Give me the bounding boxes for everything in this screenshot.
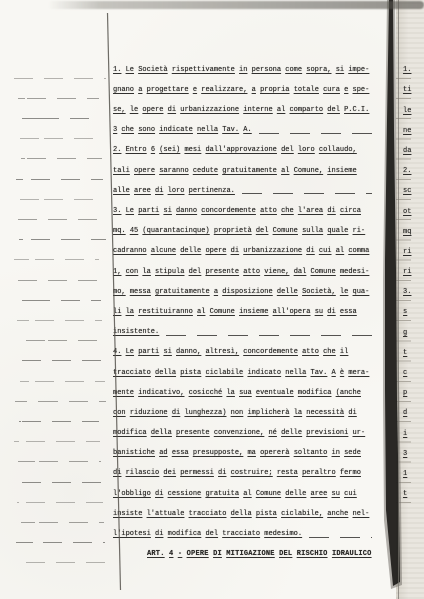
margin-dash-line (15, 219, 105, 220)
typewritten-text: 3. Le parti si danno concordemente atto … (113, 207, 361, 216)
line-filler-dashes (242, 193, 372, 194)
margin-dash-line (22, 482, 102, 483)
typewritten-text: banistiche ad essa presupposte, ma opere… (113, 449, 361, 458)
margin-dash-line (17, 138, 101, 139)
typewritten-text: di rilascio dei permessi di costruire; r… (113, 469, 361, 478)
margin-dash-line (15, 401, 106, 402)
typewritten-text: mente indicativo, cosicché la sua eventu… (113, 389, 361, 398)
typewritten-text: modifica della presente convenzione, né … (113, 429, 365, 438)
edge-text-fragment: ot (403, 199, 423, 219)
edge-text-fragment: t (403, 341, 423, 361)
next-page-edge-strip: 1.tileneda2.scotmqriri3.sgtcpdi31t (396, 0, 424, 599)
typewritten-text: alle aree di loro pertinenza. (113, 187, 235, 196)
text-line: banistiche ad essa presupposte, ma opere… (113, 442, 374, 462)
margin-dash-line (22, 118, 100, 119)
typewritten-text: gnano a progettare e realizzare, a propr… (113, 86, 369, 95)
edge-text-fragment: ne (403, 119, 423, 139)
margin-dash-line (14, 259, 99, 260)
typewritten-text: li la restituiranno al Comune insieme al… (113, 308, 357, 317)
margin-dash-line (16, 179, 103, 180)
margin-dash-line (18, 280, 100, 281)
margin-dash-line (19, 239, 106, 240)
edge-text-fragment: 2. (403, 159, 423, 179)
typewritten-text: insistente. (113, 328, 159, 337)
edge-text-fragment: i (403, 421, 423, 441)
typewritten-text: 4. Le parti si danno, altresì, concordem… (113, 348, 348, 357)
margin-dash-line (20, 199, 104, 200)
typewritten-text: 2. Entro 6 (sei) mesi dall'approvazione … (113, 146, 357, 155)
margin-dash-line (21, 340, 103, 341)
edge-text-fragment: 3 (403, 442, 423, 462)
margin-dash-line (18, 461, 101, 462)
typewritten-text: con riduzione di lunghezza) non impliche… (113, 409, 357, 418)
edge-text-fragment: d (403, 401, 423, 421)
edge-text-fragment: 1 (403, 462, 423, 482)
line-filler-dashes (309, 537, 372, 538)
text-line: insistente. (113, 320, 374, 340)
text-line: di rilascio dei permessi di costruire; r… (113, 462, 374, 482)
text-line: mq. 45 (quarantacinque) proprietà del Co… (113, 220, 374, 240)
text-line: li la restituiranno al Comune insieme al… (113, 300, 374, 320)
margin-dash-line (20, 381, 105, 382)
text-line: 1, con la stipula del presente atto vien… (113, 260, 374, 280)
margin-dash-line (21, 158, 102, 159)
edge-text-fragment: g (403, 320, 423, 340)
typewritten-text: cadranno alcune delle opere di urbanizza… (113, 247, 369, 256)
margin-dash-line (16, 360, 104, 361)
margin-dash-line (14, 78, 106, 79)
text-line: modifica della presente convenzione, né … (113, 421, 374, 441)
text-line: mo, messa gratuitamente a disposizione d… (113, 280, 374, 300)
line-filler-dashes (166, 335, 372, 336)
line-filler-dashes (259, 133, 372, 134)
edge-text-fragment: p (403, 381, 423, 401)
scanned-document-page: 1. Le Società rispettivamente in persona… (0, 0, 424, 599)
text-line: l'ipotesi di modifica del tracciato mede… (113, 522, 374, 542)
typewritten-text: ART. 4 - OPERE DI MITIGAZIONE DEL RISCHI… (147, 550, 372, 559)
edge-text-fragments: 1.tileneda2.scotmqriri3.sgtcpdi31t (403, 58, 423, 502)
edge-text-fragment: ri (403, 240, 423, 260)
margin-dash-line (17, 320, 102, 321)
typewritten-text: 1, con la stipula del presente atto vien… (113, 268, 369, 277)
scan-smudge-artifact (48, 1, 424, 9)
edge-text-fragment: ri (403, 260, 423, 280)
article-heading: ART. 4 - OPERE DI MITIGAZIONE DEL RISCHI… (113, 543, 374, 563)
margin-dash-line (21, 522, 104, 523)
text-line: 3 che sono indicate nella Tav. A. (113, 119, 374, 139)
text-line: alle aree di loro pertinenza. (113, 179, 374, 199)
typewritten-text: l'ipotesi di modifica del tracciato mede… (113, 530, 302, 539)
margin-dash-line (19, 421, 99, 422)
typewritten-text: se, le opere di urbanizzazione interne a… (113, 106, 369, 115)
text-line: se, le opere di urbanizzazione interne a… (113, 98, 374, 118)
text-line: tali opere saranno cedute gratuitamente … (113, 159, 374, 179)
typewritten-text: mo, messa gratuitamente a disposizione d… (113, 288, 369, 297)
edge-text-fragment: 3. (403, 280, 423, 300)
edge-text-fragment: da (403, 139, 423, 159)
margin-dash-line (22, 300, 101, 301)
typewritten-text: tali opere saranno cedute gratuitamente … (113, 167, 357, 176)
typewritten-text: l'obbligo di cessione gratuita al Comune… (113, 490, 357, 499)
margin-dash-line (14, 441, 100, 442)
text-line: con riduzione di lunghezza) non impliche… (113, 401, 374, 421)
typewritten-text: 1. Le Società rispettivamente in persona… (113, 66, 369, 75)
margin-dash-line (20, 562, 106, 563)
text-line: 1. Le Società rispettivamente in persona… (113, 58, 374, 78)
text-line: 4. Le parti si danno, altresì, concordem… (113, 341, 374, 361)
text-column: 1. Le Società rispettivamente in persona… (113, 58, 374, 563)
text-line: l'obbligo di cessione gratuita al Comune… (113, 482, 374, 502)
margin-dash-line (18, 98, 99, 99)
text-line: tracciato della pista ciclabile indicato… (113, 361, 374, 381)
margin-dash-line (16, 542, 105, 543)
edge-text-fragment: mq (403, 220, 423, 240)
text-line: mente indicativo, cosicché la sua eventu… (113, 381, 374, 401)
edge-text-fragment: t (403, 482, 423, 502)
text-line: 3. Le parti si danno concordemente atto … (113, 199, 374, 219)
text-line: gnano a progettare e realizzare, a propr… (113, 78, 374, 98)
typewritten-text: tracciato della pista ciclabile indicato… (113, 369, 369, 378)
edge-text-fragment: sc (403, 179, 423, 199)
text-line: cadranno alcune delle opere di urbanizza… (113, 240, 374, 260)
edge-text-fragment: ti (403, 78, 423, 98)
edge-text-fragment: c (403, 361, 423, 381)
typewritten-text: insiste l'attuale tracciato della pista … (113, 510, 369, 519)
edge-text-fragment: le (403, 98, 423, 118)
edge-text-fragment: s (403, 300, 423, 320)
edge-text-fragment: 1. (403, 58, 423, 78)
margin-dash-line (17, 502, 103, 503)
text-line: insiste l'attuale tracciato della pista … (113, 502, 374, 522)
typewritten-text: mq. 45 (quarantacinque) proprietà del Co… (113, 227, 365, 236)
text-line: 2. Entro 6 (sei) mesi dall'approvazione … (113, 139, 374, 159)
typewritten-text: 3 che sono indicate nella Tav. A. (113, 126, 252, 135)
